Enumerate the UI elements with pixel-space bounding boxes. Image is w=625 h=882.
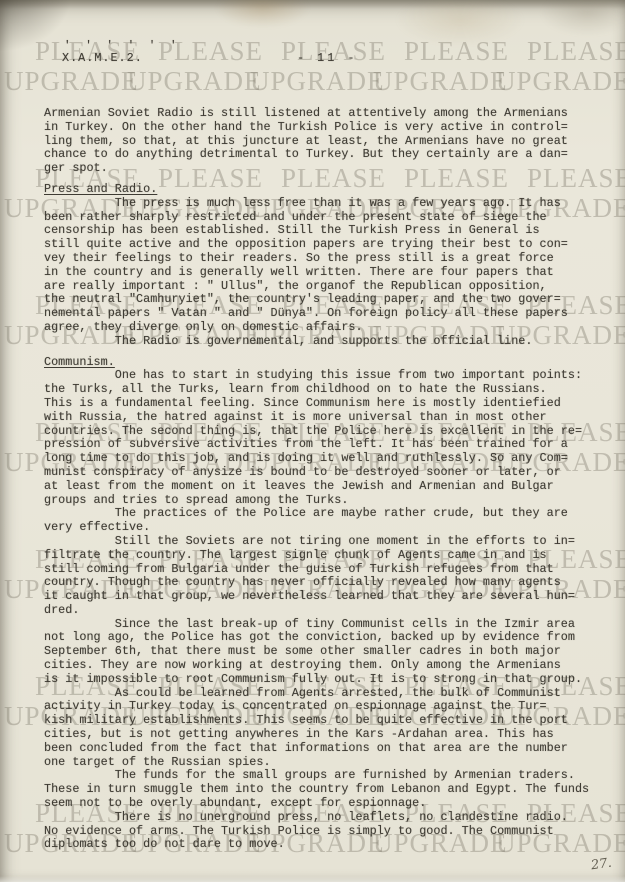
text-line: No evidence of arms. The Turkish Police … bbox=[44, 825, 611, 839]
text-line: The funds for the small groups are furni… bbox=[44, 769, 611, 783]
text-line: ling them, so that, at this juncture at … bbox=[44, 135, 611, 149]
text-line: ger spot. bbox=[44, 162, 611, 176]
text-line: with Russia, the hatred against it is mo… bbox=[44, 411, 611, 425]
text-line: kish military establishments. This seems… bbox=[44, 714, 611, 728]
handwritten-note: 27. bbox=[590, 856, 613, 874]
text-line: chance to do anything detrimental to Tur… bbox=[44, 148, 611, 162]
text-line: As could be learned from Agents arrested… bbox=[44, 687, 611, 701]
page-number: - 11 - bbox=[297, 52, 357, 66]
text-line: in the country and is generally well wri… bbox=[44, 266, 611, 280]
text-line: pression of subversive activities from t… bbox=[44, 438, 611, 452]
text-line: filtrate the country. The largest signle… bbox=[44, 549, 611, 563]
text-line: dred. bbox=[44, 604, 611, 618]
document-content: ' ' ' ' ' ' X.A.M.E.2. - 11 - Armenian S… bbox=[0, 0, 625, 882]
text-line: Still the Soviets are not tiring one mom… bbox=[44, 535, 611, 549]
text-line: seem not to be overly abundant, except f… bbox=[44, 797, 611, 811]
paragraph: One has to start in studying this issue … bbox=[44, 369, 611, 852]
section-heading: Communism. bbox=[44, 356, 115, 370]
text-line: One has to start in studying this issue … bbox=[44, 369, 611, 383]
text-line: country. Though the country has never of… bbox=[44, 576, 611, 590]
paragraph: Armenian Soviet Radio is still listened … bbox=[44, 107, 611, 176]
text-line: still quite active and the opposition pa… bbox=[44, 238, 611, 252]
scanned-document-page: PLEASEUPGRADEPLEASEUPGRADEPLEASEUPGRADEP… bbox=[0, 0, 625, 882]
text-line: The press is much less free than it was … bbox=[44, 197, 611, 211]
text-line: Armenian Soviet Radio is still listened … bbox=[44, 107, 611, 121]
text-line: one target of the Russian spies. bbox=[44, 756, 611, 770]
text-line: The Radio is governemental, and supports… bbox=[44, 335, 611, 349]
text-line: the Turks, all the Turks, learn from chi… bbox=[44, 383, 611, 397]
text-line: very effective. bbox=[44, 521, 611, 535]
text-line: is it impossible to root Communism fully… bbox=[44, 673, 611, 687]
text-line: countries. The second thing is, that the… bbox=[44, 425, 611, 439]
text-line: cities, but is not getting anywheres in … bbox=[44, 728, 611, 742]
text-line: activity in Turkey today is concentrated… bbox=[44, 700, 611, 714]
text-line: There is no unerground press, no leaflet… bbox=[44, 811, 611, 825]
text-line: groups and tries to spread among the Tur… bbox=[44, 494, 611, 508]
text-line: munist conspiracy of anysize is bound to… bbox=[44, 466, 611, 480]
text-line: not long ago, the Police has got the con… bbox=[44, 631, 611, 645]
document-reference: X.A.M.E.2. bbox=[62, 52, 143, 66]
text-line: been rather sharply restricted and under… bbox=[44, 211, 611, 225]
text-line: still coming from Bulgaria under the gui… bbox=[44, 563, 611, 577]
text-line: been concluded from the fact that inform… bbox=[44, 742, 611, 756]
text-line: long time to do this job, and is doing i… bbox=[44, 452, 611, 466]
text-line: the neutral "Camhuryiet", the country's … bbox=[44, 293, 611, 307]
text-line: cities. They are now working at destroyi… bbox=[44, 659, 611, 673]
text-line: vey their feelings to their readers. So … bbox=[44, 252, 611, 266]
text-line: This is a fundamental feeling. Since Com… bbox=[44, 397, 611, 411]
document-body: Armenian Soviet Radio is still listened … bbox=[44, 107, 611, 852]
text-line: are really important : " Ullus", the org… bbox=[44, 280, 611, 294]
text-line: it caught in that group, we nevertheless… bbox=[44, 590, 611, 604]
text-line: Since the last break-up of tiny Communis… bbox=[44, 618, 611, 632]
text-line: censorship has been established. Still t… bbox=[44, 224, 611, 238]
text-line: nemental papers " Vatan " and " Dünya". … bbox=[44, 307, 611, 321]
section-heading: Press and Radio. bbox=[44, 183, 157, 197]
text-line: in Turkey. On the other hand the Turkish… bbox=[44, 121, 611, 135]
text-line: at least from the moment on it leaves th… bbox=[44, 480, 611, 494]
text-line: September 6th, that there must be some o… bbox=[44, 645, 611, 659]
text-line: These in turn smuggle them into the coun… bbox=[44, 783, 611, 797]
paragraph: The press is much less free than it was … bbox=[44, 197, 611, 349]
text-line: diplomats too do not dare to move. bbox=[44, 838, 611, 852]
text-line: agree, they diverge only on domestic aff… bbox=[44, 321, 611, 335]
text-line: The practices of the Police are maybe ra… bbox=[44, 507, 611, 521]
